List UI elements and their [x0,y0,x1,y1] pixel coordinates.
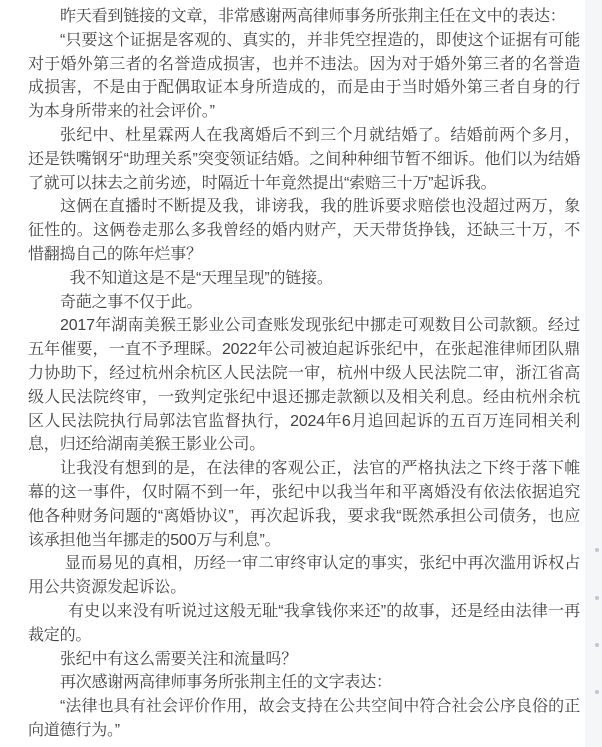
article-page: { "page": { "background": "#ffffff", "te… [0,0,602,747]
scroll-gutter[interactable] [585,0,602,747]
paragraph: “法律也具有社会评价作用，故会支持在公共空间中符合社会公序良俗的正向道德行为。” [28,695,580,743]
gutter-dot [595,643,599,647]
paragraph: 2017年湖南美猴王影业公司查账发现张纪中挪走可观数目公司款额。经过五年催要，一… [28,314,580,457]
gutter-dot [595,548,599,552]
paragraph: 再次感谢两高律师事务所张荆主任的文字表达： [28,671,580,695]
article-body: 昨天看到链接的文章，非常感谢两高律师事务所张荆主任在文中的表达：“只要这个证据是… [0,0,585,743]
paragraph: “只要这个证据是客观的、真实的，并非凭空捏造的，即使这个证据有可能对于婚外第三者… [28,29,580,124]
gutter-dot [595,690,599,694]
paragraph: 昨天看到链接的文章，非常感谢两高律师事务所张荆主任在文中的表达： [28,5,580,29]
paragraph: 张纪中、杜星霖两人在我离婚后不到三个月就结婚了。结婚前两个多月，还是铁嘴钢牙“助… [28,124,580,195]
paragraph: 这俩在直播时不断提及我，诽谤我，我的胜诉要求赔偿也没超过两万，象征性的。这俩卷走… [28,195,580,266]
paragraph: 有史以来没有听说过这般无耻“我拿钱你来还”的故事，还是经由法律一再裁定的。 [28,600,580,648]
gutter-dot [595,596,599,600]
paragraph: 奇葩之事不仅于此。 [28,291,580,315]
paragraph: 显而易见的真相，历经一审二审终审认定的事实，张纪中再次滥用诉权占用公共资源发起诉… [28,552,580,600]
paragraph: 我不知道这是不是“天理呈现”的链接。 [28,267,580,291]
paragraph: 张纪中有这么需要关注和流量吗？ [28,648,580,672]
paragraph: 让我没有想到的是，在法律的客观公正，法官的严格执法之下终于落下帷幕的这一事件，仅… [28,457,580,552]
